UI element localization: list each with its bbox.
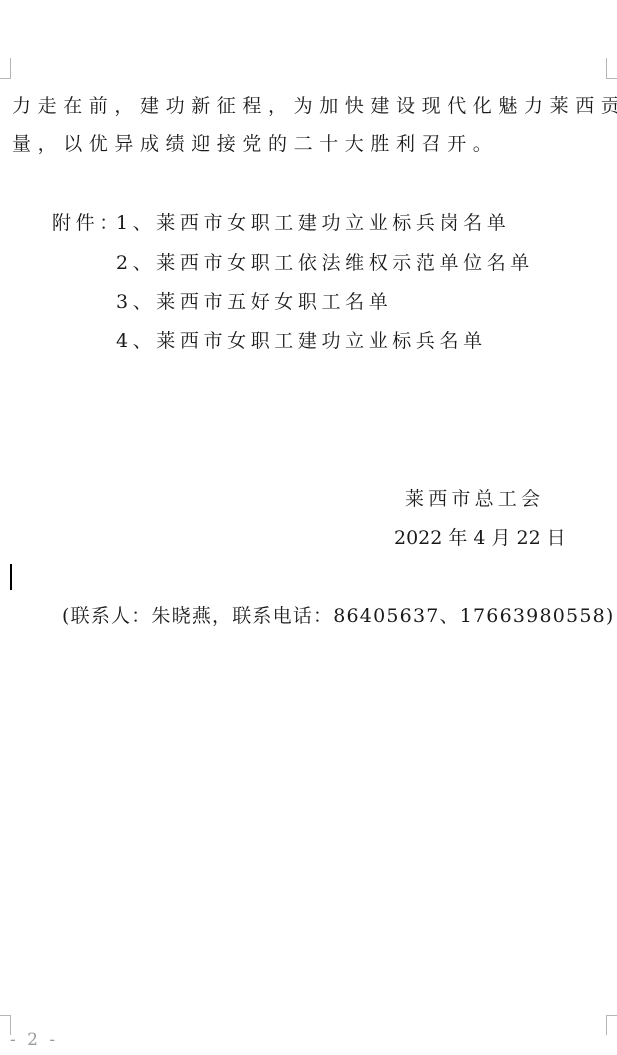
- attachment-item: 1、莱西市女职工建功立业标兵岗名单: [116, 211, 510, 235]
- date-day: 22: [516, 527, 540, 549]
- date-month: 4: [473, 527, 485, 549]
- date-day-unit: 日: [547, 527, 566, 549]
- signature-date: 2022年4月22日: [394, 526, 572, 550]
- margin-corner-mark-bottom-right: [606, 1015, 617, 1035]
- margin-corner-mark-top-left: [0, 58, 11, 79]
- attachment-item: 4、莱西市女职工建功立业标兵名单: [116, 329, 487, 353]
- page-number: - 2 -: [10, 1030, 58, 1050]
- document-page[interactable]: 力走在前，建功新征程，为加快建设现代化魅力莱西贡献巾帼力 量，以优异成绩迎接党的…: [0, 0, 617, 1055]
- date-year: 2022: [394, 527, 442, 549]
- signature-organization: 莱西市总工会: [405, 487, 544, 511]
- margin-corner-mark-top-right: [606, 58, 617, 79]
- date-year-unit: 年: [448, 527, 467, 549]
- date-month-unit: 月: [491, 527, 510, 549]
- body-text-line-1: 力走在前，建功新征程，为加快建设现代化魅力莱西贡献巾帼力: [12, 94, 617, 118]
- attachments-label: 附件：: [52, 211, 123, 235]
- text-cursor: [10, 564, 12, 590]
- body-text-line-2: 量，以优异成绩迎接党的二十大胜利召开。: [12, 132, 498, 156]
- attachment-item: 2、莱西市女职工依法维权示范单位名单: [116, 251, 534, 275]
- contact-info: (联系人：朱晓燕，联系电话：86405637、17663980558): [62, 604, 615, 628]
- attachment-item: 3、莱西市五好女职工名单: [116, 290, 392, 314]
